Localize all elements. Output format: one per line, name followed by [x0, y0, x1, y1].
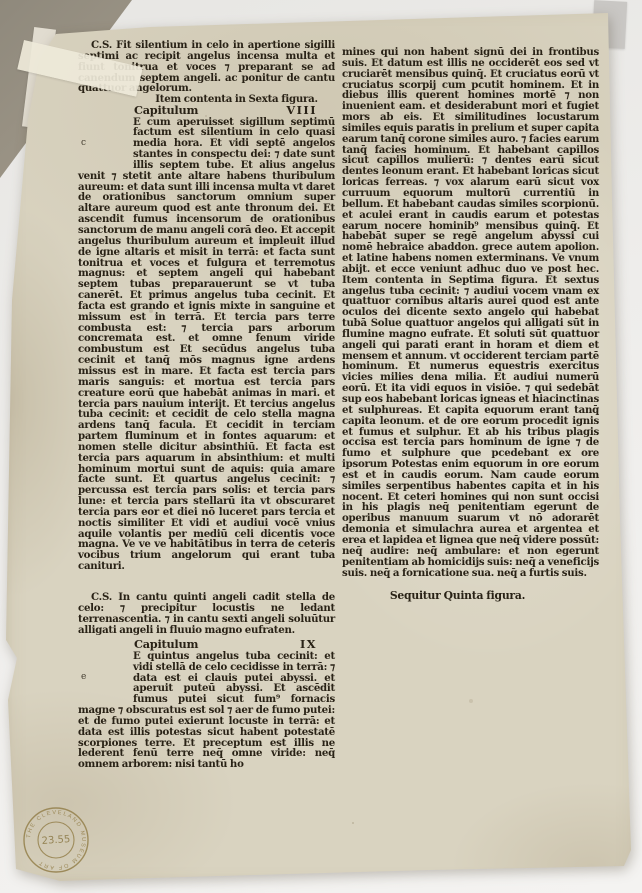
chapter-8-paragraph: c E cum aperuisset sigillum septimū fact…	[78, 117, 335, 572]
stamp-inner-ring	[38, 822, 74, 858]
chapter-8-initial-space	[78, 117, 133, 161]
photograph-background: C.S. Fit silentium in celo in apertione …	[0, 0, 642, 893]
chapter-8-numeral: VIII	[286, 105, 317, 117]
chapter-9-guide-letter: e	[81, 672, 86, 683]
chapter-8-guide-letter: c	[81, 138, 86, 149]
section-gap	[78, 572, 335, 592]
text-block: C.S. Fit silentium in celo in apertione …	[78, 40, 599, 770]
item-contenta-sexta-line: Item contenta in Sexta figura.	[78, 94, 335, 105]
chapter-9-text: E quintus angelus tuba cecinit: et vidi …	[78, 650, 335, 770]
heading-gap	[78, 635, 335, 639]
chapter-9-numeral: IX	[300, 639, 317, 651]
chapter-8-heading: Capitulum VIII	[78, 105, 335, 117]
chapter-9-heading: Capitulum IX	[78, 639, 335, 651]
chapter-9-paragraph: e E quintus angelus tuba cecinit: et vid…	[78, 651, 335, 770]
museum-stamp: THE CLEVELAND MUSEUM OF ART 23.55	[16, 800, 96, 880]
right-column: mines qui non habent signū dei in fronti…	[342, 40, 599, 770]
museum-stamp-graphic: THE CLEVELAND MUSEUM OF ART 23.55	[16, 800, 96, 880]
stamp-outer-ring	[24, 808, 88, 872]
chapter-9-label: Capitulum	[134, 639, 198, 651]
chapter-9-initial-space	[78, 651, 133, 695]
right-column-body: mines qui non habent signū dei in fronti…	[342, 47, 599, 578]
stamp-ring-text: THE CLEVELAND MUSEUM OF ART	[26, 810, 86, 870]
summary-chapter-9: C.S. In cantu quinti angeli cadit stella…	[78, 592, 335, 635]
page-shadow: C.S. Fit silentium in celo in apertione …	[0, 0, 642, 893]
chapter-8-text: E cum aperuisset sigillum septimū factum…	[78, 116, 335, 573]
book-page: C.S. Fit silentium in celo in apertione …	[0, 0, 642, 893]
left-column: C.S. Fit silentium in celo in apertione …	[78, 40, 335, 770]
chapter-8-label: Capitulum	[134, 105, 198, 117]
stamp-accession-number: 23.55	[41, 834, 70, 847]
sequitur-closing-line: Sequitur Quinta figura.	[342, 591, 599, 602]
foxing-specks	[0, 0, 2, 2]
